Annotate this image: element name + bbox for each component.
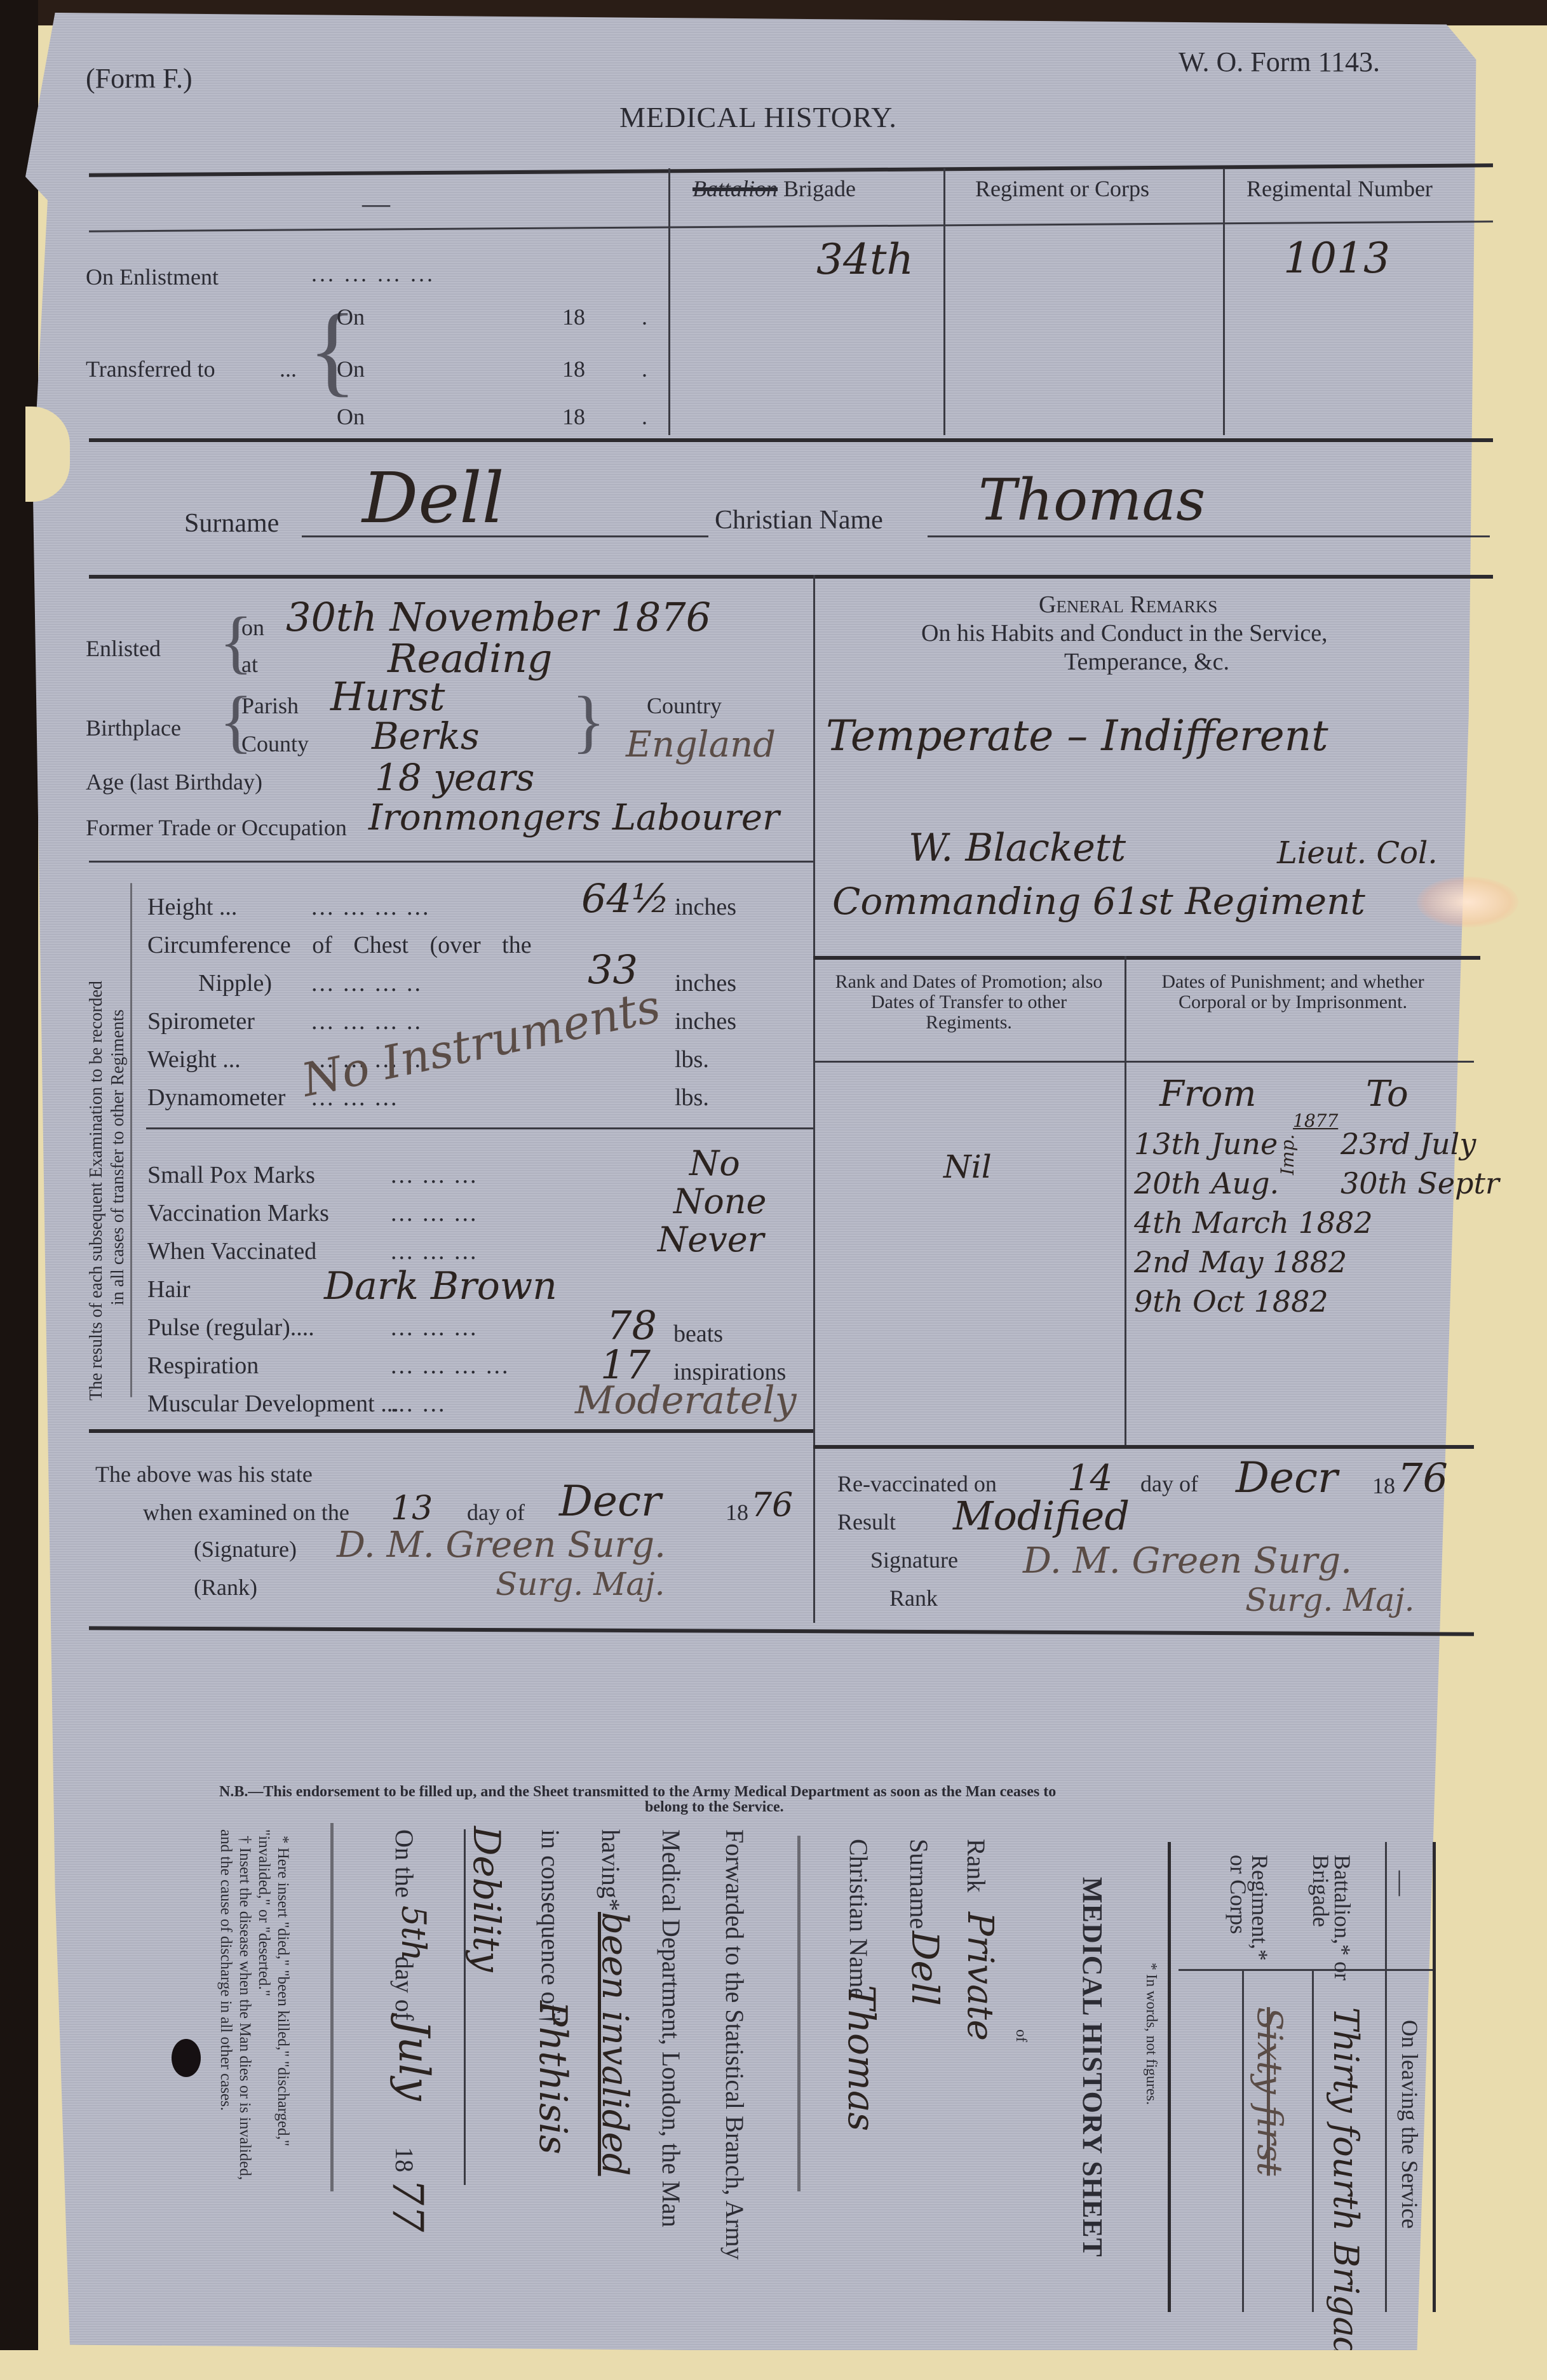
enlistment-brigade-value: 34th bbox=[816, 235, 914, 284]
punishment-from-label: From bbox=[1159, 1073, 1256, 1115]
divider bbox=[89, 575, 1493, 579]
remarks-commanding: Commanding 61st Regiment bbox=[832, 880, 1365, 923]
page-title: MEDICAL HISTORY. bbox=[619, 100, 897, 134]
side-note: The results of each subsequent Examinati… bbox=[86, 981, 129, 1401]
divider bbox=[813, 956, 1480, 960]
divider bbox=[89, 861, 813, 863]
revaccination-signature-label: Signature bbox=[870, 1547, 958, 1573]
exam-line1: The above was his state bbox=[95, 1461, 313, 1488]
revaccination-signature-value: D. M. Green Surg. bbox=[1023, 1540, 1352, 1582]
promotion-value: Nil bbox=[943, 1148, 992, 1185]
of-label: of bbox=[1012, 2029, 1029, 2042]
having-value: been invalided bbox=[594, 1912, 635, 2176]
divider bbox=[464, 1829, 466, 2185]
enlisted-on-label: on bbox=[241, 614, 264, 641]
forwarded-line2: Medical Department, London, the Man bbox=[656, 1829, 686, 2227]
punishment-entry: 9th Oct 1882 bbox=[1134, 1282, 1373, 1321]
divider bbox=[1433, 1842, 1436, 2312]
muscular-value: Moderately bbox=[575, 1378, 797, 1423]
enlisted-at-label: at bbox=[241, 651, 258, 678]
exam-signature-value: D. M. Green Surg. bbox=[337, 1524, 666, 1566]
enlisted-on-value: 30th November 1876 bbox=[286, 594, 711, 640]
footnote-1: * Here insert "died," "been killed," "di… bbox=[273, 1829, 292, 2180]
consequence-value: Phthisis bbox=[530, 2001, 575, 2155]
regiment-value: Sixty first bbox=[1250, 2007, 1290, 2175]
surname-label: Surname bbox=[184, 508, 279, 539]
county-label: County bbox=[241, 730, 309, 757]
physical-row-smallpox: Small Pox Marks bbox=[147, 1156, 399, 1194]
age-value: 18 years bbox=[375, 756, 534, 799]
punch-hole bbox=[172, 2039, 201, 2077]
background-desk-bottom bbox=[0, 2350, 1547, 2380]
divider bbox=[1385, 1842, 1387, 2312]
dot: . bbox=[642, 403, 647, 430]
trade-label: Former Trade or Occupation bbox=[86, 814, 347, 841]
enlistment-regimental-number-value: 1013 bbox=[1283, 234, 1390, 283]
column-header-regimental-number: Regimental Number bbox=[1246, 175, 1433, 202]
footnote-2b: and the cause of discharge in all other … bbox=[216, 1829, 235, 2180]
vaccination-marks-value: None bbox=[673, 1181, 767, 1221]
on-the-label: On the bbox=[389, 1829, 419, 1898]
exam-line2-label: when examined on the bbox=[143, 1499, 349, 1526]
punishment-entry: 23rd July bbox=[1341, 1124, 1499, 1164]
transfer-1-year: 18 bbox=[562, 304, 585, 330]
consequence-value-2: Debility bbox=[465, 1826, 508, 1972]
leaving-dash: — bbox=[1387, 1871, 1417, 1896]
christian-name-line bbox=[928, 535, 1490, 537]
having-label: having* bbox=[596, 1829, 626, 1911]
divider bbox=[1242, 1969, 1244, 2312]
column-header-brigade: Battalion Brigade bbox=[692, 175, 856, 202]
battalion-value: Thirty fourth Brigade bbox=[1326, 2007, 1366, 2379]
general-remarks-heading: General Remarks bbox=[1039, 591, 1217, 619]
transfer-3-year: 18 bbox=[562, 403, 585, 430]
promotion-header: Rank and Dates of Promotion; also Dates … bbox=[829, 972, 1109, 1033]
divider bbox=[1179, 1969, 1433, 1971]
on-month-value: July bbox=[389, 2020, 438, 2101]
county-value: Berks bbox=[372, 715, 480, 758]
battalion-label: Battalion,* or Brigade bbox=[1310, 1855, 1353, 1982]
transferred-to-label: Transferred to bbox=[86, 356, 215, 382]
remarks-signature: W. Blackett bbox=[909, 826, 1126, 870]
form-label: (Form F.) bbox=[86, 62, 193, 95]
leaving-header: On leaving the Service bbox=[1396, 2020, 1423, 2229]
punishment-from-list: 13th June 20th Aug. 4th March 1882 2nd M… bbox=[1134, 1124, 1373, 1321]
punishment-entry: 13th June bbox=[1134, 1124, 1373, 1164]
on-day-value: 5th bbox=[394, 1906, 432, 1961]
exam-signature-label: (Signature) bbox=[194, 1536, 297, 1563]
revaccination-rank-value: Surg. Maj. bbox=[1245, 1582, 1415, 1618]
enlisted-label: Enlisted bbox=[86, 635, 161, 662]
revaccinated-year-suffix: 76 bbox=[1398, 1455, 1448, 1501]
general-remarks-value: Temperate – Indifferent bbox=[826, 711, 1328, 760]
remarks-signature-rank: Lieut. Col. bbox=[1277, 835, 1438, 871]
exam-year-suffix: 76 bbox=[751, 1486, 793, 1524]
endorsement-surname-label: Surname bbox=[904, 1839, 934, 1929]
footnote-1b: "invalided," or "deserted." bbox=[254, 1829, 273, 2180]
country-value: England bbox=[626, 724, 776, 765]
general-remarks-sub1: On his Habits and Conduct in the Service… bbox=[921, 619, 1328, 647]
endorsement-christian-value: Thomas bbox=[840, 1985, 883, 2131]
header-dash: — bbox=[362, 187, 390, 220]
on-enlistment-label: On Enlistment bbox=[86, 264, 219, 290]
leader-dots: ... bbox=[280, 356, 297, 382]
revaccinated-day-of: day of bbox=[1140, 1470, 1198, 1497]
smallpox-value: No bbox=[689, 1143, 740, 1183]
divider bbox=[797, 1836, 801, 2191]
rank-label: Rank bbox=[961, 1839, 991, 1892]
punishment-header: Dates of Punishment; and whether Corpora… bbox=[1144, 972, 1442, 1012]
on-year-suffix: 77 bbox=[383, 2179, 432, 2232]
divider bbox=[1168, 1842, 1171, 2312]
dot: . bbox=[642, 304, 647, 330]
exam-month: Decr bbox=[559, 1477, 661, 1526]
punishment-entry: 2nd May 1882 bbox=[1134, 1242, 1373, 1282]
punishment-entry: 20th Aug. bbox=[1134, 1164, 1373, 1203]
on-year-prefix: 18 bbox=[389, 2147, 419, 2172]
footnotes: * Here insert "died," "been killed," "di… bbox=[216, 1829, 292, 2180]
light-glare bbox=[1417, 877, 1518, 927]
surname-value: Dell bbox=[362, 457, 504, 539]
exam-rank-label: (Rank) bbox=[194, 1574, 257, 1601]
exam-rank-value: Surg. Maj. bbox=[496, 1566, 665, 1603]
transfer-2-year: 18 bbox=[562, 356, 585, 382]
in-words-note: * In words, not figures. bbox=[1142, 1963, 1159, 2105]
divider bbox=[146, 1127, 813, 1129]
hair-value: Dark Brown bbox=[324, 1264, 557, 1308]
general-remarks-sub2: Temperance, &c. bbox=[1064, 648, 1229, 676]
transfer-2-on: On bbox=[337, 356, 365, 382]
birthplace-label: Birthplace bbox=[86, 715, 181, 741]
parish-label: Parish bbox=[241, 692, 299, 719]
transfer-1-on: On bbox=[337, 304, 365, 330]
divider bbox=[813, 1061, 1474, 1063]
background-desk-left bbox=[0, 0, 38, 2380]
result-label: Result bbox=[837, 1509, 896, 1535]
parish-value: Hurst bbox=[330, 673, 445, 720]
exam-day: 13 bbox=[391, 1489, 433, 1528]
measurement-units: inches inches inches lbs. lbs. bbox=[675, 888, 736, 1117]
endorsement-surname-value: Dell bbox=[903, 1931, 947, 2006]
forwarded-line1: Forwarded to the Statistical Branch, Arm… bbox=[720, 1829, 750, 2260]
divider bbox=[1312, 1969, 1314, 2312]
divider bbox=[1223, 168, 1225, 435]
age-label: Age (last Birthday) bbox=[86, 769, 262, 795]
on-day-of-label: day of bbox=[389, 1956, 419, 2020]
result-value: Modified bbox=[953, 1493, 1130, 1539]
footnote-2: † Insert the disease when the Man dies o… bbox=[235, 1829, 254, 2180]
brace: } bbox=[572, 686, 605, 756]
christian-name-label: Christian Name bbox=[715, 505, 883, 535]
consequence-label: in consequence of† bbox=[536, 1829, 565, 2026]
punishment-entry: 30th Septr bbox=[1341, 1164, 1499, 1203]
form-number: W. O. Form 1143. bbox=[1179, 46, 1380, 78]
height-value: 64½ bbox=[581, 875, 670, 922]
endorsement-christian-label: Christian Name bbox=[844, 1839, 874, 1999]
column-header-regiment: Regiment or Corps bbox=[975, 175, 1149, 202]
revaccinated-year-prefix: 18 bbox=[1372, 1472, 1395, 1499]
struck-word: Battalion bbox=[692, 176, 778, 201]
divider bbox=[330, 1823, 334, 2191]
regiment-label: Regiment,* or Corps bbox=[1227, 1855, 1271, 1982]
physical-row-pulse: Pulse (regular).... bbox=[147, 1308, 399, 1347]
divider bbox=[89, 438, 1493, 442]
revaccination-rank-label: Rank bbox=[889, 1585, 938, 1611]
bracket-line bbox=[130, 883, 132, 1397]
divider bbox=[813, 1445, 1474, 1449]
physical-row-respiration: Respiration bbox=[147, 1347, 399, 1385]
nb-line2: belong to the Service. bbox=[645, 1799, 784, 1816]
divider bbox=[89, 1429, 813, 1433]
rank-value: Private bbox=[959, 1912, 1001, 2041]
country-label: Country bbox=[647, 692, 722, 719]
nb-line1: N.B.—This endorsement to be filled up, a… bbox=[219, 1784, 1056, 1801]
punishment-to-list: 23rd July 30th Septr bbox=[1341, 1124, 1499, 1203]
punishment-to-label: To bbox=[1366, 1073, 1409, 1115]
divider bbox=[813, 575, 815, 1623]
exam-day-of: day of bbox=[467, 1499, 525, 1526]
divider bbox=[943, 168, 945, 435]
punishment-entry: 4th March 1882 bbox=[1134, 1203, 1373, 1242]
transfer-3-on: On bbox=[337, 403, 365, 430]
physical-row-muscular: Muscular Development ... bbox=[147, 1385, 399, 1423]
dot: . bbox=[642, 356, 647, 382]
physical-row-vaccination: Vaccination Marks bbox=[147, 1194, 399, 1232]
divider bbox=[668, 168, 670, 435]
exam-year-prefix: 18 bbox=[726, 1499, 748, 1526]
christian-name-value: Thomas bbox=[978, 467, 1205, 534]
when-vaccinated-value: Never bbox=[658, 1220, 764, 1260]
leader-dots: ... ... ... ... bbox=[311, 260, 435, 287]
pulse-unit: beats bbox=[673, 1320, 723, 1348]
trade-value: Ironmongers Labourer bbox=[368, 797, 780, 838]
revaccinated-month: Decr bbox=[1236, 1453, 1338, 1502]
sheet-title: MEDICAL HISTORY SHEET bbox=[1076, 1877, 1109, 2257]
divider bbox=[1125, 956, 1126, 1445]
